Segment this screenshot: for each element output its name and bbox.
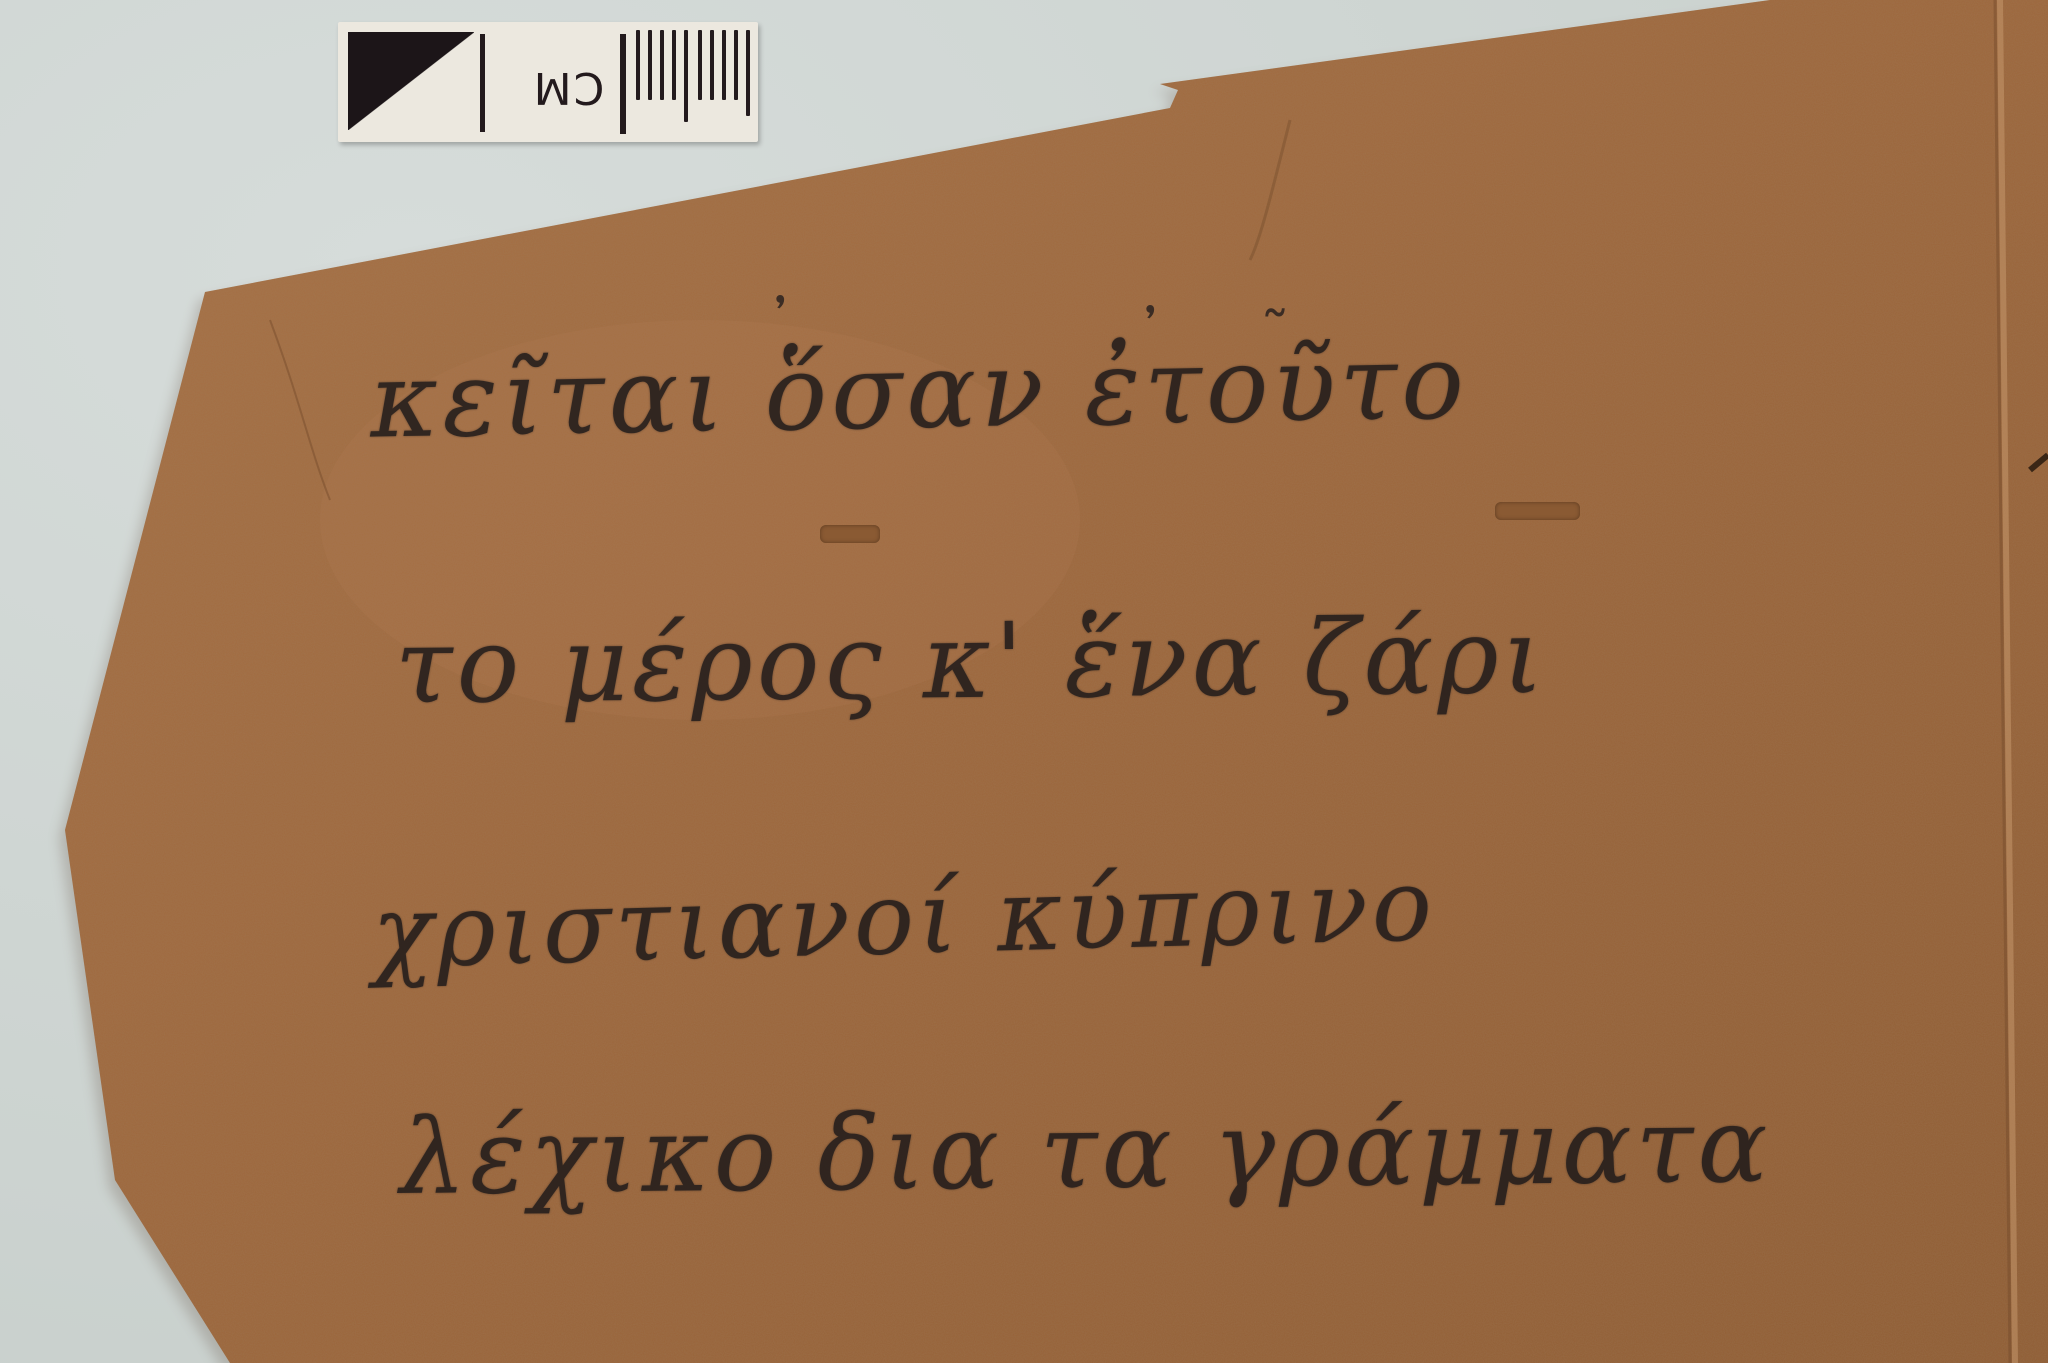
leather-fragment: ᾿ ᾿ ῀ κεῖται ὅσαν ἐτοῦτο το μέρος κ' ἕνα…: [0, 0, 2048, 1363]
inscription-line-4: λέχικο δια τα γράμματα: [399, 1084, 1772, 1218]
inscription-line-1: κεῖται ὅσαν ἐτοῦτο: [369, 320, 1469, 461]
stitch-hole: [820, 525, 880, 543]
inscription-line-2: το μέρος κ' ἕνα ζάρι: [394, 595, 1547, 727]
stitch-hole: [1495, 502, 1580, 520]
